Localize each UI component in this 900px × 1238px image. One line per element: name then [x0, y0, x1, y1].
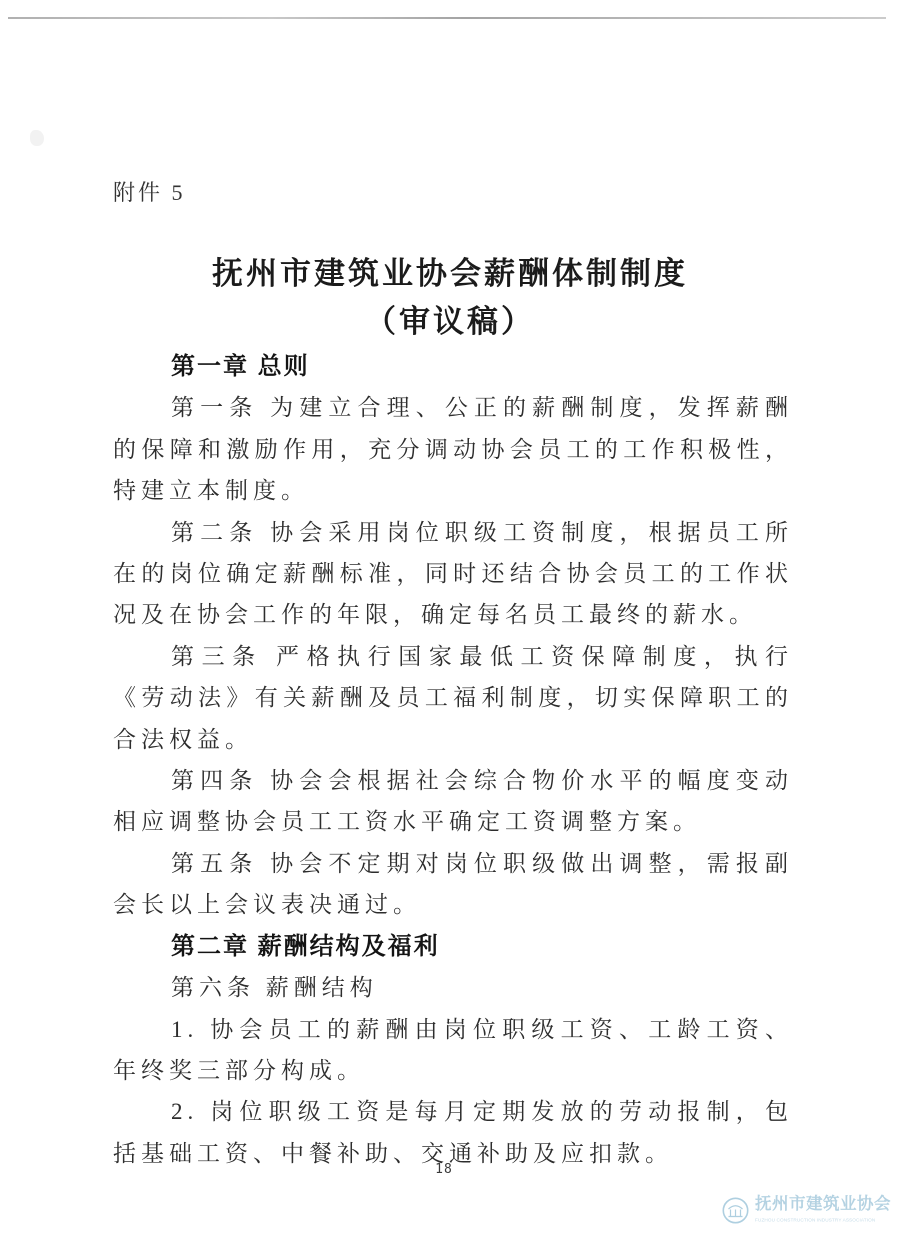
- page-number: 18: [0, 1162, 888, 1177]
- association-logo-text: 抚州市建筑业协会 FUZHOU CONSTRUCTION INDUSTRY AS…: [755, 1196, 900, 1229]
- paragraph: 第四条 协会会根据社会综合物价水平的幅度变动相应调整协会员工工资水平确定工资调整…: [113, 760, 793, 843]
- scan-smudge: [30, 130, 44, 146]
- page-top-rule: [8, 17, 886, 19]
- paragraph: 第三条 严格执行国家最低工资保障制度，执行《劳动法》有关薪酬及员工福利制度，切实…: [113, 636, 793, 760]
- association-seal-icon: [722, 1197, 749, 1229]
- document-title-line1: 抚州市建筑业协会薪酬体制制度: [0, 250, 900, 298]
- attachment-label: 附件 5: [113, 176, 186, 207]
- paragraph: 第五条 协会不定期对岗位职级做出调整，需报副会长以上会议表决通过。: [113, 843, 793, 926]
- scanned-document-page: 附件 5 抚州市建筑业协会薪酬体制制度 （审议稿） 第一章 总则第一条 为建立合…: [0, 0, 900, 1238]
- association-logo: 抚州市建筑业协会 FUZHOU CONSTRUCTION INDUSTRY AS…: [722, 1196, 894, 1234]
- paragraph: 第二条 协会采用岗位职级工资制度，根据员工所在的岗位确定薪酬标准，同时还结合协会…: [113, 512, 793, 636]
- paragraph: 1. 协会员工的薪酬由岗位职级工资、工龄工资、年终奖三部分构成。: [113, 1009, 793, 1092]
- document-title: 抚州市建筑业协会薪酬体制制度 （审议稿）: [0, 250, 900, 346]
- paragraph: 第六条 薪酬结构: [113, 967, 793, 1008]
- chapter-heading: 第二章 薪酬结构及福利: [113, 926, 793, 967]
- association-name-cn: 抚州市建筑业协会: [755, 1196, 900, 1213]
- paragraph: 第一条 为建立合理、公正的薪酬制度，发挥薪酬的保障和激励作用，充分调动协会员工的…: [113, 387, 793, 511]
- document-body: 第一章 总则第一条 为建立合理、公正的薪酬制度，发挥薪酬的保障和激励作用，充分调…: [113, 346, 793, 1174]
- association-name-en: FUZHOU CONSTRUCTION INDUSTRY ASSOCIATION: [755, 1218, 875, 1223]
- chapter-heading: 第一章 总则: [113, 346, 793, 387]
- document-title-line2: （审议稿）: [0, 298, 900, 346]
